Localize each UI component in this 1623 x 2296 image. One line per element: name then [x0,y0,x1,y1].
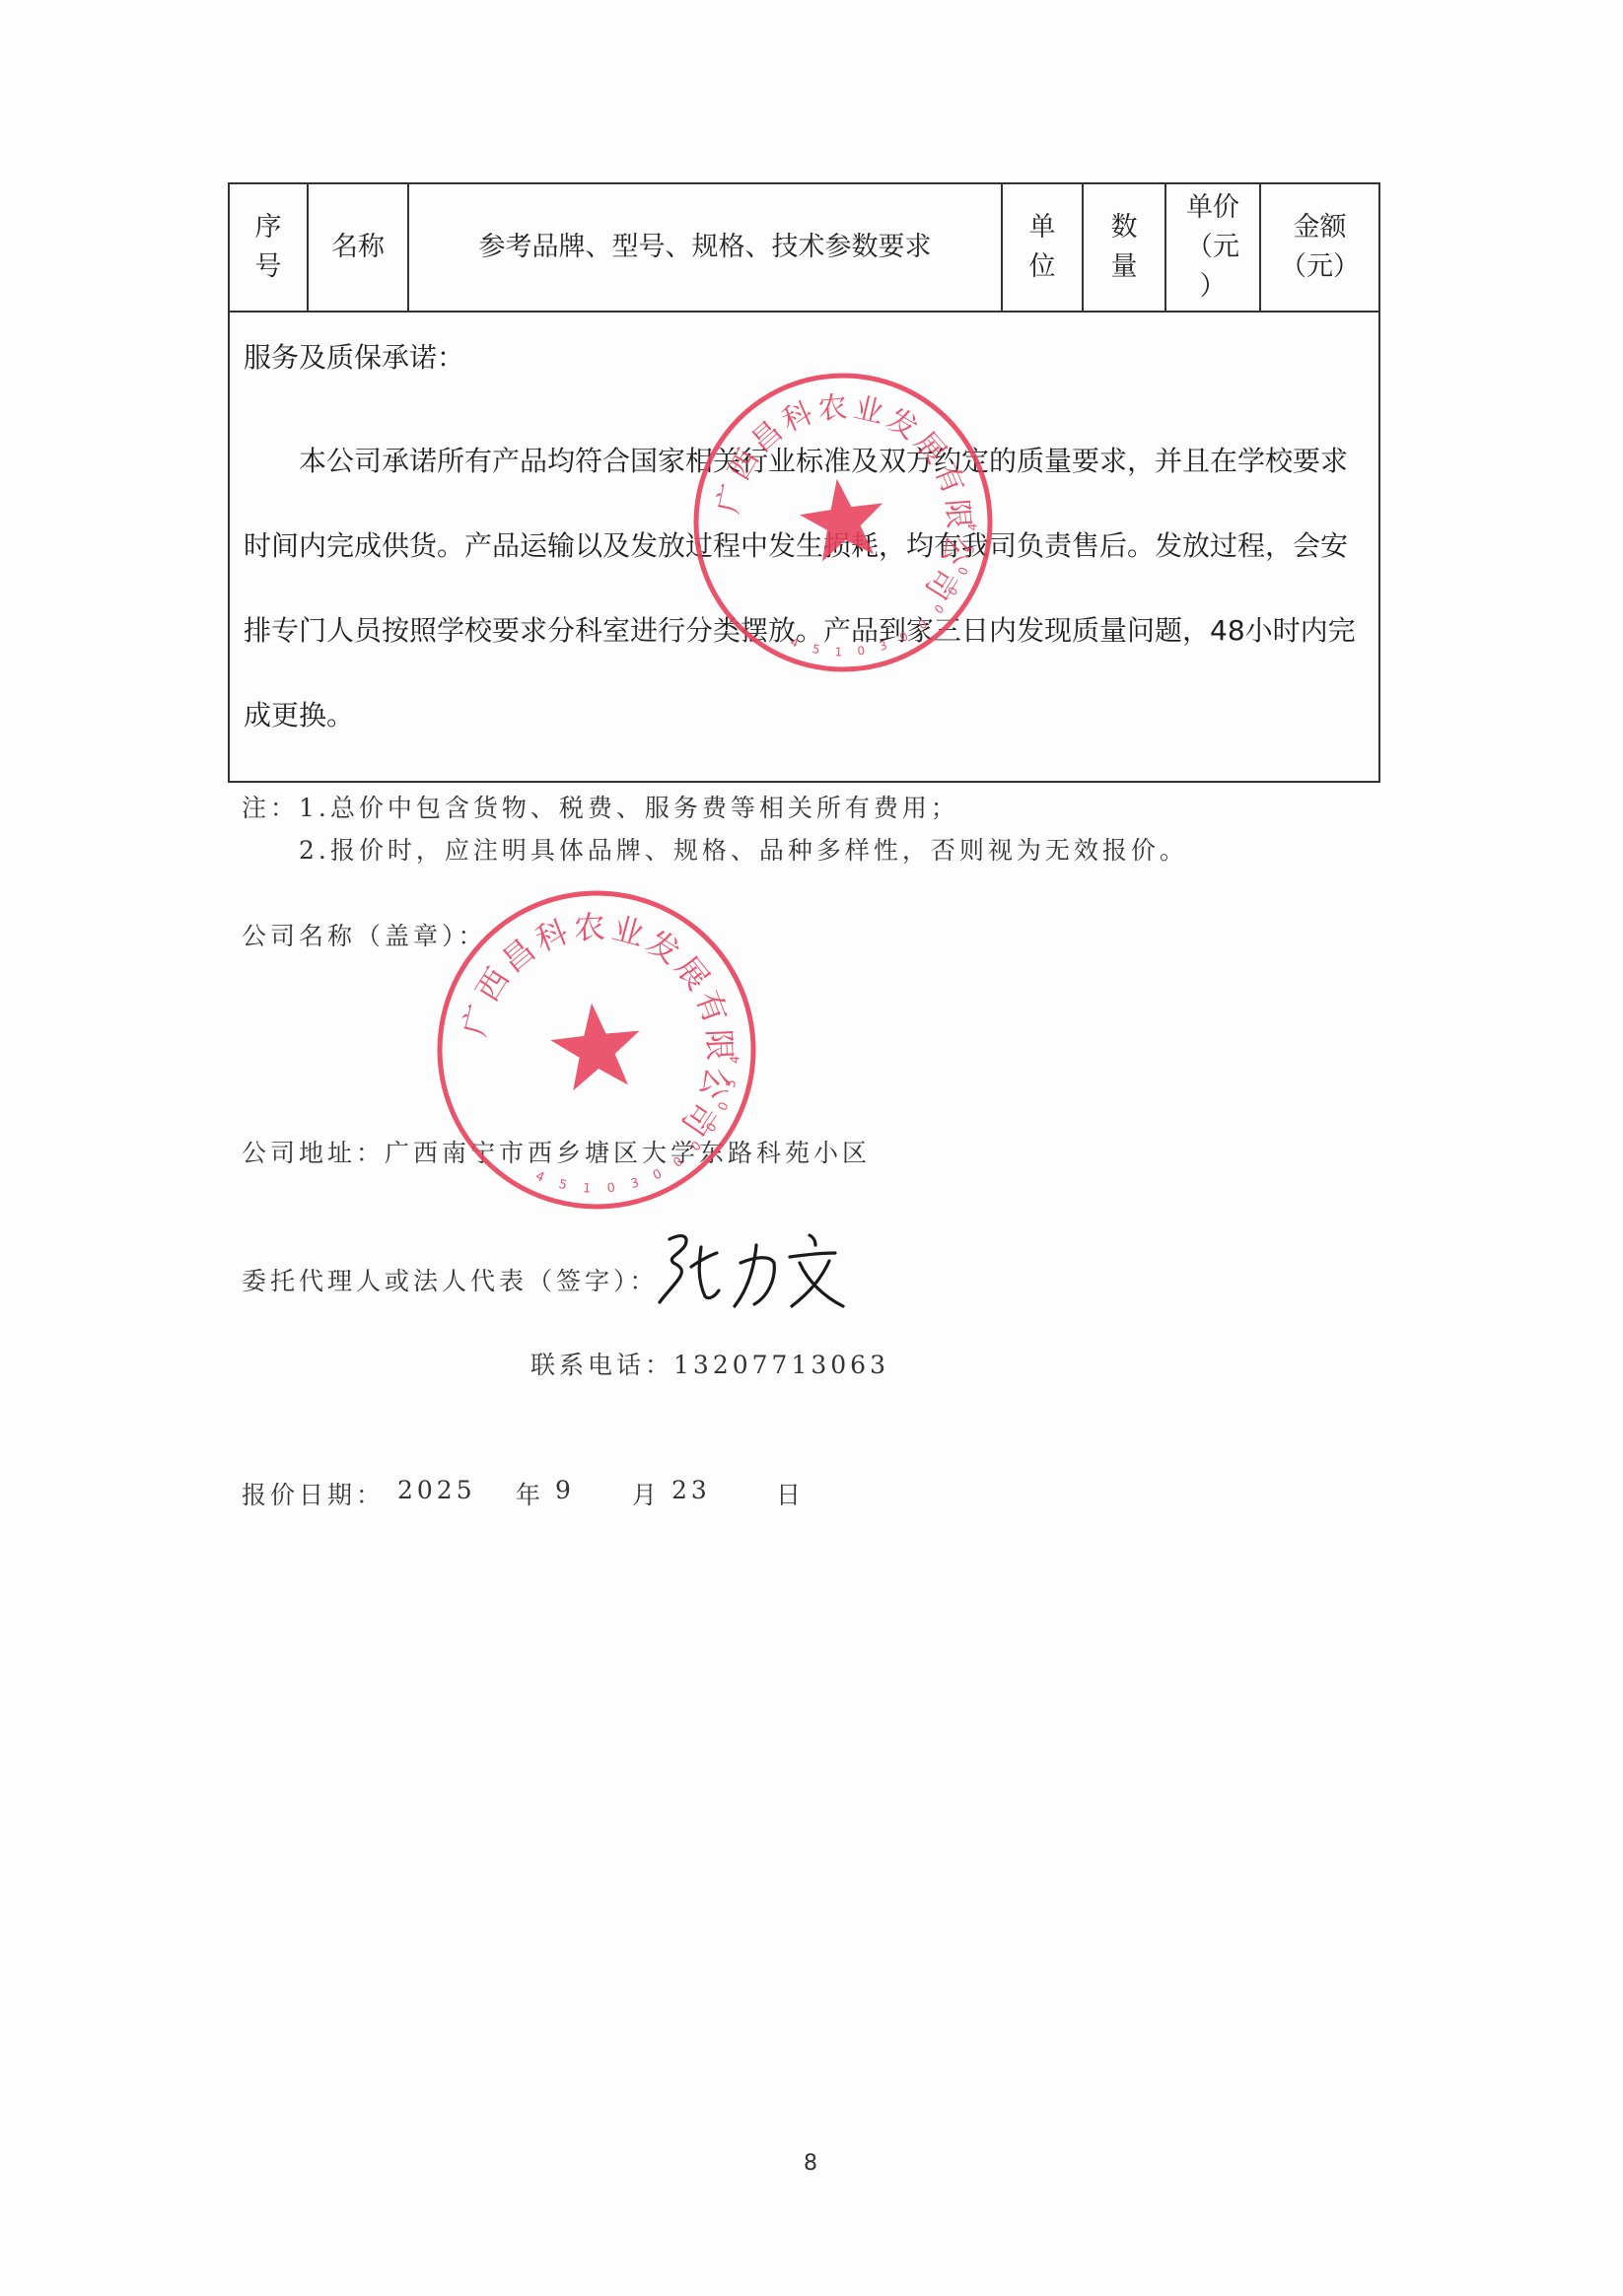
svg-text:3: 3 [629,1174,641,1191]
svg-text:4: 4 [727,1055,742,1064]
svg-text:广: 广 [457,1001,500,1040]
company-seal-stamp: 广西昌科农业发展有限公司451030000054 [418,871,776,1229]
header-text: 单价 （元 ） [1186,192,1239,302]
svg-text:0: 0 [670,1153,685,1170]
svg-text:科: 科 [777,395,817,439]
svg-text:1: 1 [583,1180,592,1196]
svg-text:0: 0 [897,629,910,645]
col-header-quantity: 数 量 [1083,183,1165,312]
date-day: 23 [671,1476,711,1504]
signatory-field: 委托代理人或法人代表（签字）： [242,1262,659,1297]
date-label: 报价日期： [242,1481,385,1509]
svg-text:4: 4 [533,1168,546,1185]
svg-text:0: 0 [651,1166,665,1183]
header-text: 序 号 [255,212,282,282]
svg-text:4: 4 [789,635,801,651]
note-item: 2.报价时，应注明具体品牌、规格、品种多样性，否则视为无效报价。 [299,836,1188,865]
svg-text:业: 业 [608,910,648,953]
svg-text:有: 有 [927,458,970,499]
header-text: 金额 （元） [1280,212,1360,282]
header-text: 参考品牌、型号、规格、技术参数要求 [479,232,932,262]
phone-value: 13207713063 [673,1351,889,1379]
note-line-2: 2.报价时，应注明具体品牌、规格、品种多样性，否则视为无效报价。 [299,831,1188,867]
svg-text:广: 广 [711,481,750,517]
company-seal-stamp: 广西昌科农业发展有限公司451030000054 [670,350,1016,695]
col-header-spec: 参考品牌、型号、规格、技术参数要求 [408,183,1002,312]
svg-text:5: 5 [811,642,821,657]
handwritten-signature [656,1227,863,1320]
date-year: 2025 [397,1476,476,1504]
svg-text:0: 0 [857,644,866,659]
note-label: 注： [242,794,299,822]
service-commitment-title: 服务及质保承诺： [244,338,1359,378]
date-year-unit: 年 [516,1476,544,1511]
svg-text:5: 5 [557,1176,568,1193]
page-number: 8 [804,2151,817,2176]
svg-text:0: 0 [916,617,931,633]
col-header-amount: 金额 （元） [1260,183,1379,312]
svg-text:1: 1 [834,645,842,659]
svg-text:0: 0 [606,1180,616,1196]
signature-icon [656,1227,863,1316]
svg-text:5: 5 [962,544,977,554]
svg-text:农: 农 [816,389,849,427]
phone-field: 联系电话：13207713063 [530,1346,889,1381]
seal-icon: 广西昌科农业发展有限公司451030000054 [670,350,1016,695]
col-header-unit-price: 单价 （元 ） [1165,183,1260,312]
note-line-1: 注：1.总价中包含货物、税费、服务费等相关所有费用； [242,789,959,824]
signatory-label: 委托代理人或法人代表（签字）： [242,1267,659,1295]
company-address-label: 公司地址： [242,1139,385,1167]
phone-label: 联系电话： [530,1351,673,1379]
svg-text:有: 有 [688,986,734,1028]
header-text: 名称 [331,232,385,262]
table-header-row: 序 号 名称 参考品牌、型号、规格、技术参数要求 单 位 数 量 单价 （元 ）… [229,183,1379,312]
note-item: 1.总价中包含货物、税费、服务费等相关所有费用； [299,794,959,822]
quote-date-field: 报价日期： 2025 年 9 月 23 日 [242,1476,385,1511]
col-header-unit: 单 位 [1002,183,1083,312]
svg-text:0: 0 [688,1138,704,1153]
date-day-unit: 日 [776,1476,805,1511]
svg-text:科: 科 [530,913,573,958]
col-header-index: 序 号 [229,183,308,312]
svg-text:农: 农 [573,909,606,947]
svg-text:3: 3 [878,638,889,654]
col-header-name: 名称 [308,183,408,312]
header-text: 单 位 [1029,212,1056,282]
seal-icon: 广西昌科农业发展有限公司451030000054 [418,871,776,1229]
date-month-unit: 月 [632,1476,661,1511]
header-text: 数 量 [1111,212,1138,282]
svg-text:业: 业 [851,390,887,431]
svg-text:4: 4 [965,523,979,531]
date-month: 9 [555,1476,575,1504]
svg-text:0: 0 [932,601,947,616]
